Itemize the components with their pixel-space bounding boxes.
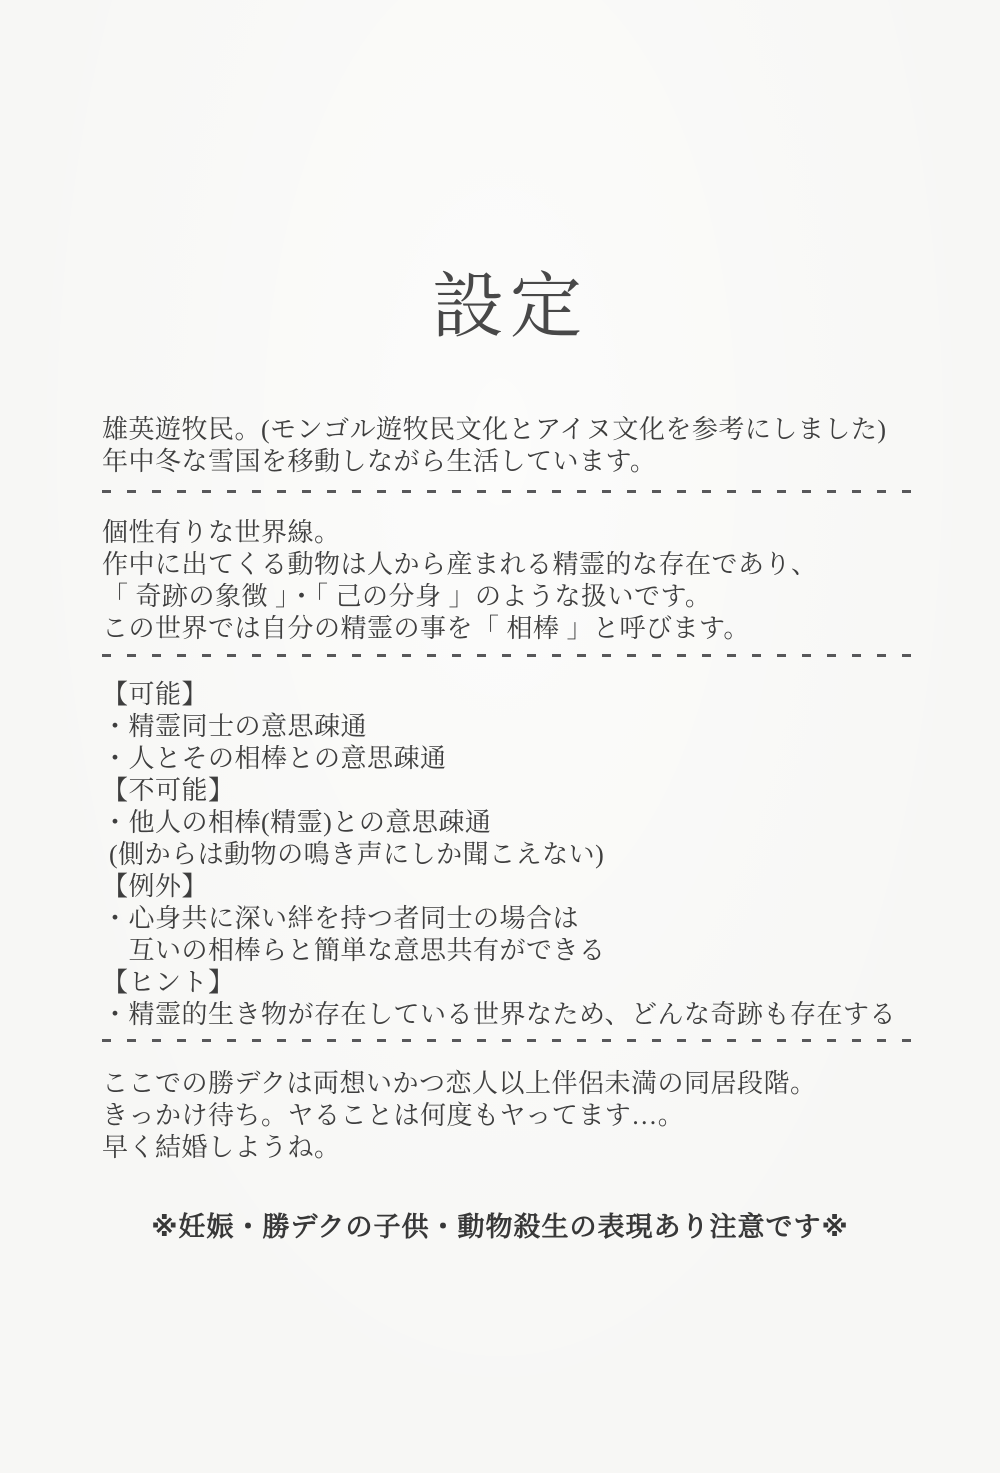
rules-item-note: (側からは動物の鳴き声にしか聞こえない): [102, 839, 922, 871]
intro-paragraph: 雄英遊牧民。(モンゴル遊牧民文化とアイヌ文化を参考にしました) 年中冬な雪国を移…: [102, 414, 922, 478]
text-line: 「 奇跡の象徴 」・「 己の分身 」のような扱いです。: [102, 581, 922, 613]
rules-item: ・精霊同士の意思疎通: [102, 711, 922, 743]
rules-heading: 【不可能】: [102, 775, 922, 807]
text-line: 作中に出てくる動物は人から産まれる精霊的な存在であり、: [102, 549, 922, 581]
dashed-separator: [102, 1039, 922, 1042]
page-content: 雄英遊牧民。(モンゴル遊牧民文化とアイヌ文化を参考にしました) 年中冬な雪国を移…: [102, 414, 922, 1164]
rules-item: ・心身共に深い絆を持つ者同士の場合は: [102, 903, 922, 935]
text-line: この世界では自分の精霊の事を「 相棒 」と呼びます。: [102, 613, 922, 645]
text-line: 年中冬な雪国を移動しながら生活しています。: [102, 446, 922, 478]
world-paragraph: 個性有りな世界線。 作中に出てくる動物は人から産まれる精霊的な存在であり、 「 …: [102, 517, 922, 645]
text-line: きっかけ待ち。ヤることは何度もヤってます…。: [102, 1100, 922, 1132]
rules-heading: 【ヒント】: [102, 967, 922, 999]
rules-item: ・精霊的生き物が存在している世界なため、どんな奇跡も存在する: [102, 999, 922, 1031]
page-title: 設定: [10, 268, 1000, 347]
rules-heading: 【可能】: [102, 679, 922, 711]
rules-item: ・他人の相棒(精霊)との意思疎通: [102, 807, 922, 839]
dashed-separator: [102, 654, 922, 657]
text-line: 個性有りな世界線。: [102, 517, 922, 549]
rules-heading: 【例外】: [102, 871, 922, 903]
content-warning: ※妊娠・勝デクの子供・動物殺生の表現あり注意です※: [0, 1205, 1000, 1244]
relationship-paragraph: ここでの勝デクは両想いかつ恋人以上伴侶未満の同居段階。 きっかけ待ち。ヤることは…: [102, 1068, 922, 1164]
dashed-separator: [102, 490, 922, 493]
text-line: 雄英遊牧民。(モンゴル遊牧民文化とアイヌ文化を参考にしました): [102, 414, 922, 446]
rules-item-note: 互いの相棒らと簡単な意思共有ができる: [102, 935, 922, 967]
text-line: 早く結婚しようね。: [102, 1132, 922, 1164]
document-page: 設定 雄英遊牧民。(モンゴル遊牧民文化とアイヌ文化を参考にしました) 年中冬な雪…: [0, 0, 1000, 1473]
rules-item: ・人とその相棒との意思疎通: [102, 743, 922, 775]
text-line: ここでの勝デクは両想いかつ恋人以上伴侶未満の同居段階。: [102, 1068, 922, 1100]
rules-list: 【可能】 ・精霊同士の意思疎通 ・人とその相棒との意思疎通 【不可能】 ・他人の…: [102, 679, 922, 1031]
